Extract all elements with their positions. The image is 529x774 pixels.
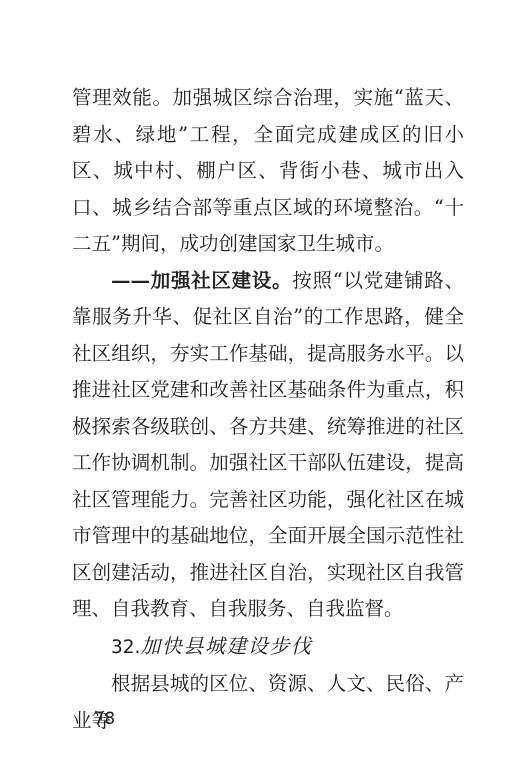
text-block: 管理效能。加强城区综合治理，实施“蓝天、碧水、绿地”工程，全面完成建成区的旧小区… — [72, 80, 464, 739]
section-heading-number: 32. — [111, 637, 140, 658]
paragraph-body-text: 按照“以党建铺路、靠服务升华、促社区自治”的工作思路，健全社区组织，夯实工作基础… — [72, 269, 464, 621]
section-heading-title: 加快县城建设步伐 — [140, 634, 312, 658]
page-number: 78 — [94, 709, 115, 728]
section-heading: 32.加快县城建设步伐 — [72, 628, 464, 667]
paragraph-community-building: ——加强社区建设。按照“以党建铺路、靠服务升华、促社区自治”的工作思路，健全社区… — [72, 263, 464, 628]
paragraph-county-town: 根据县城的区位、资源、人文、民俗、产业等 — [72, 666, 464, 739]
book-page: 管理效能。加强城区综合治理，实施“蓝天、碧水、绿地”工程，全面完成建成区的旧小区… — [0, 0, 529, 774]
paragraph-city-management: 管理效能。加强城区综合治理，实施“蓝天、碧水、绿地”工程，全面完成建成区的旧小区… — [72, 80, 464, 263]
paragraph-bold-lead: ——加强社区建设。 — [111, 269, 292, 292]
